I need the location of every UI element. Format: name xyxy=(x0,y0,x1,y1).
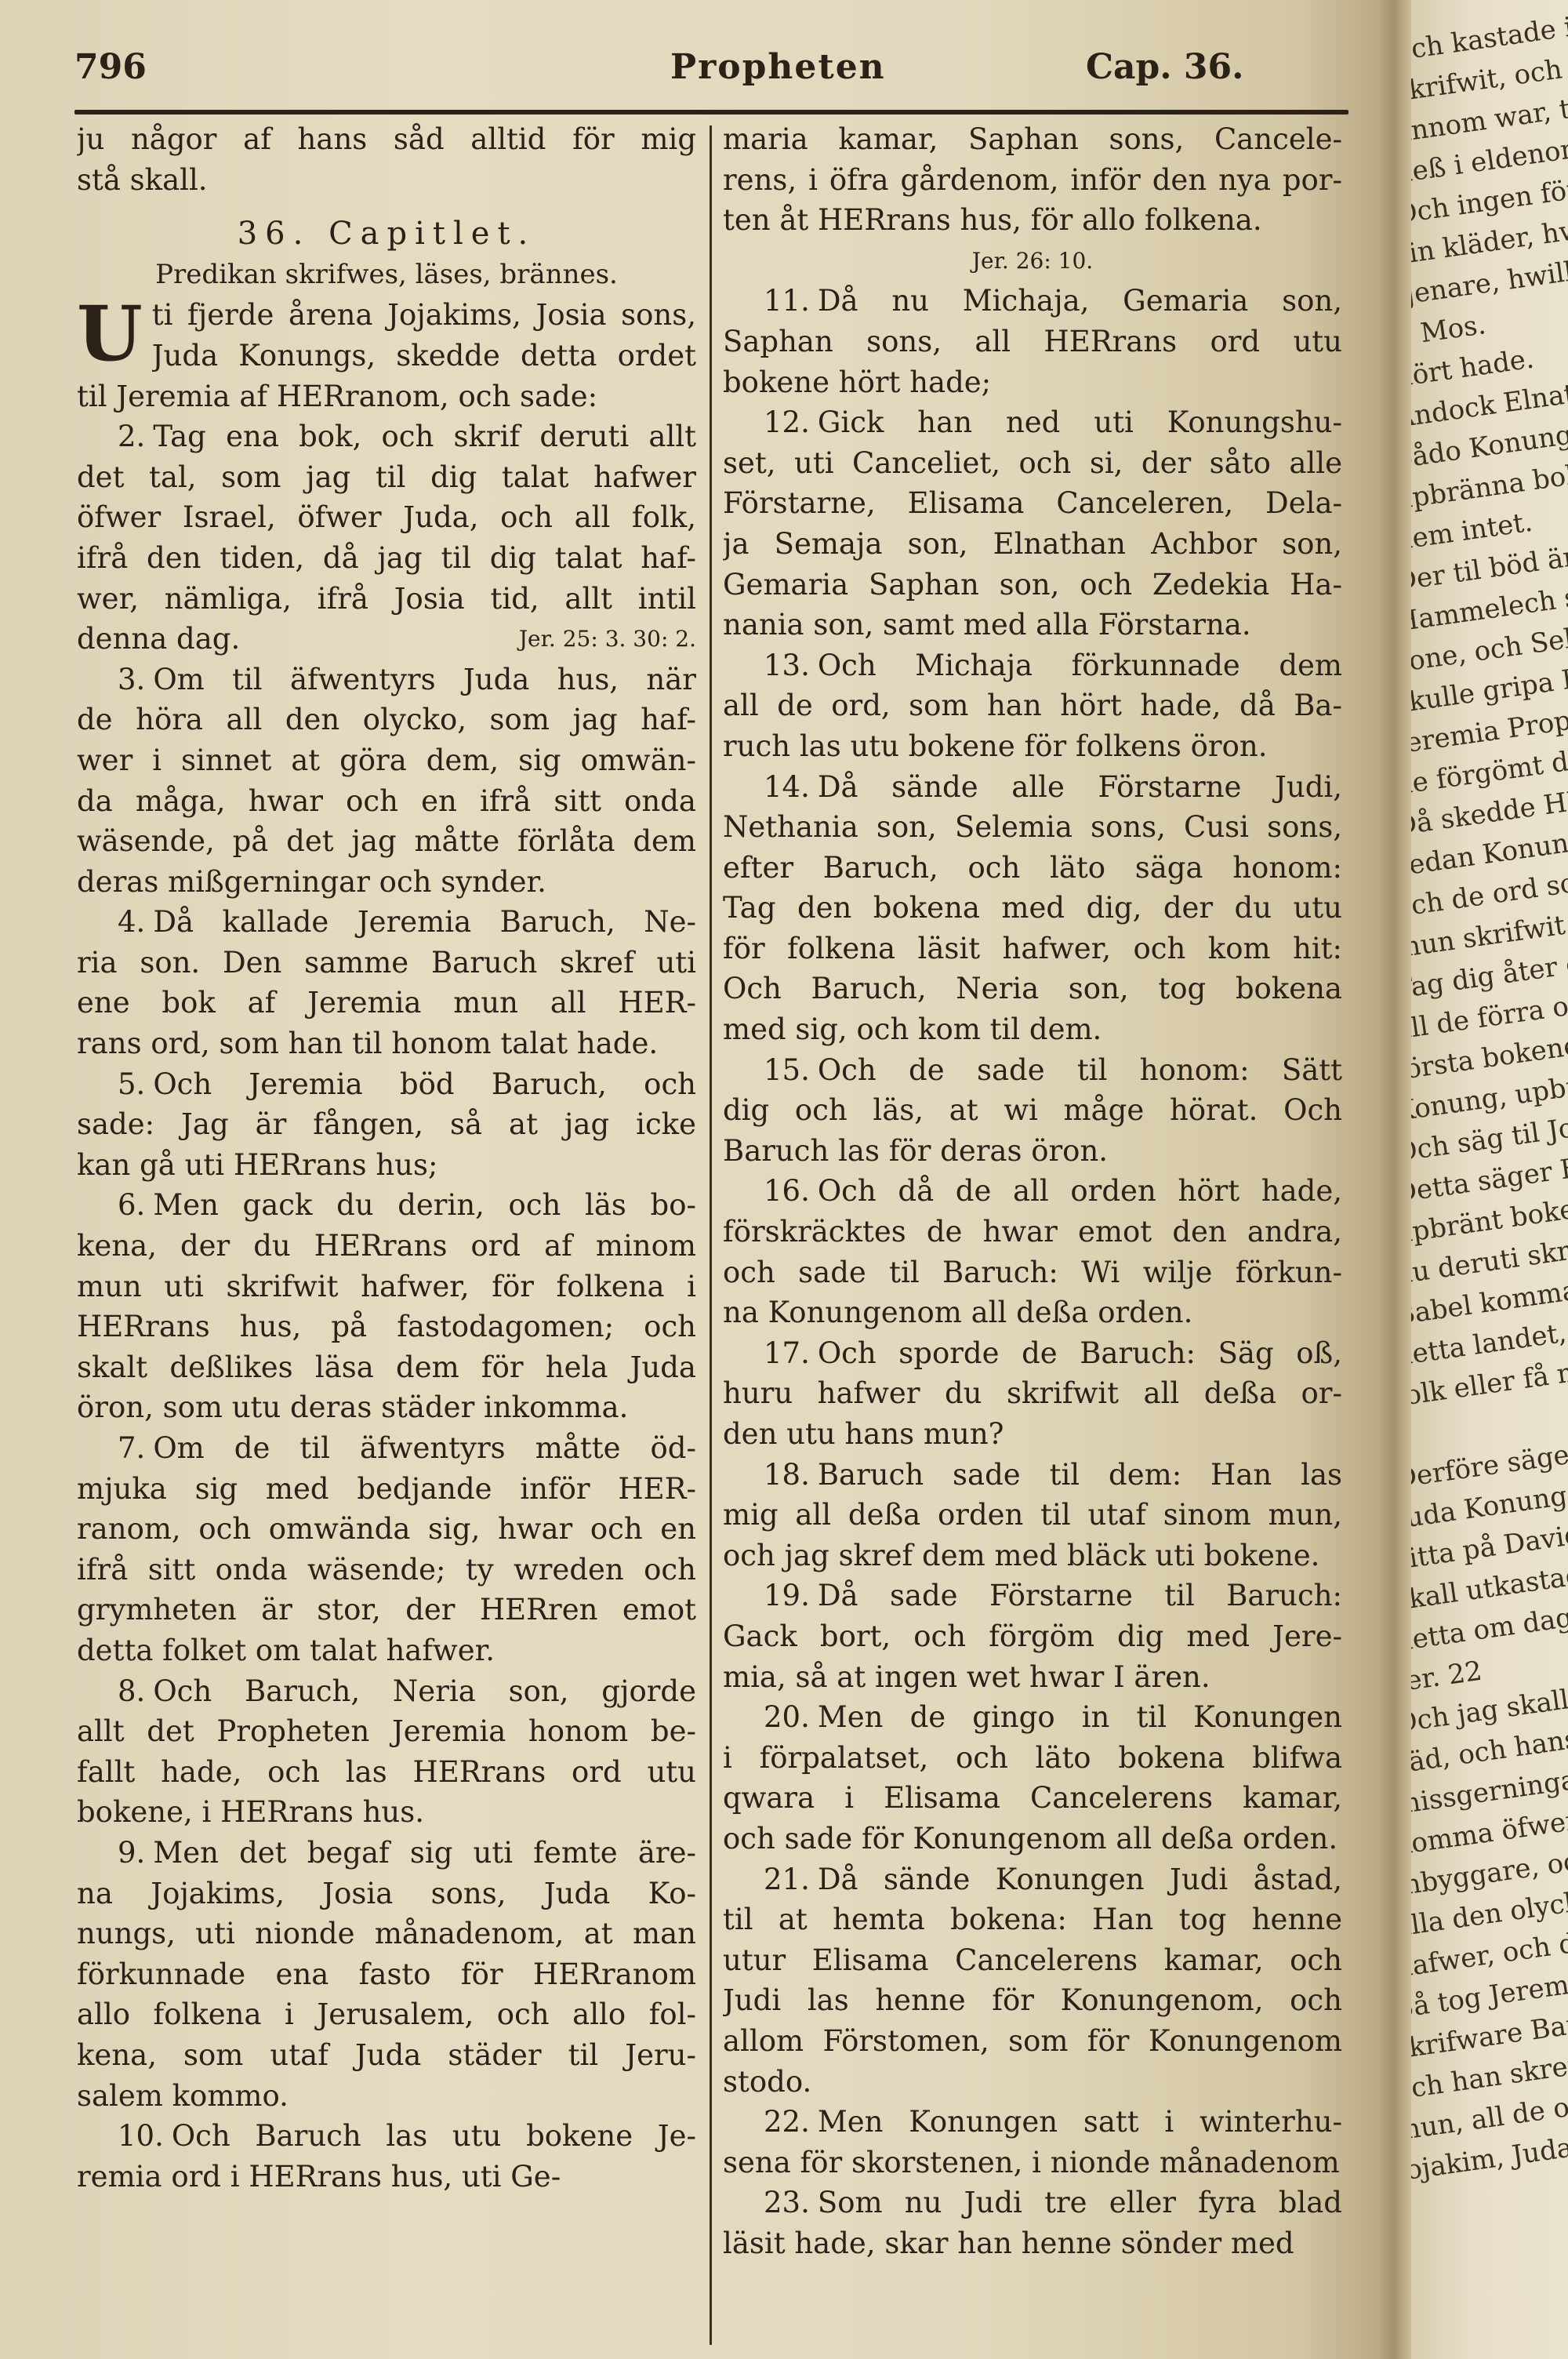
column-divider xyxy=(710,125,712,2345)
verse-text: Men gack du derin, och läs bo- xyxy=(153,1188,696,1222)
verse-text: Och Baruch las utu bokene Je- xyxy=(172,2119,696,2153)
verse-line: 6.Men gack du derin, och läs bo- xyxy=(77,1185,696,1226)
verse-line: til at hemta bokena: Han tog henne xyxy=(723,1899,1342,1940)
verse-text: och sade til Baruch: Wi wilje förkun- xyxy=(723,1256,1342,1289)
verse-line: 17.Och sporde de Baruch: Säg oß, xyxy=(723,1333,1342,1374)
verse-line: för folkena läsit hafwer, och kom hit: xyxy=(723,929,1342,969)
verse-number: 22. xyxy=(764,2105,810,2139)
verse-text: na Jojakims, Josia sons, Juda Ko- xyxy=(77,1877,696,1910)
verse-line: kan gå uti HERrans hus; xyxy=(77,1145,696,1186)
verse-number: 6. xyxy=(118,1188,145,1222)
verse-text: skalt deßlikes läsa dem för hela Juda xyxy=(77,1350,696,1384)
verse-text: qwara i Elisama Cancelerens kamar, xyxy=(723,1781,1342,1815)
verse-line: efter Baruch, och läto säga honom: xyxy=(723,848,1342,889)
verse-text: mjuka sig med bedjande inför HER- xyxy=(77,1472,696,1506)
verse-line: dig och läs, at wi måge hörat. Och xyxy=(723,1090,1342,1131)
verse-text: för folkena läsit hafwer, och kom hit: xyxy=(723,932,1342,965)
left-column: ju någor af hans såd alltid för migstå s… xyxy=(77,119,696,2197)
verse-line: 4.Då kallade Jeremia Baruch, Ne- xyxy=(77,902,696,943)
verse-number: 15. xyxy=(764,1053,810,1087)
verse-line: de höra all den olycko, som jag haf- xyxy=(77,700,696,740)
chapter-summary: Predikan skrifwes, läses, brännes. xyxy=(77,255,696,296)
verse-line: skalt deßlikes läsa dem för hela Juda xyxy=(77,1347,696,1388)
verse-line: huru hafwer du skrifwit all deßa or- xyxy=(723,1373,1342,1414)
verse-number: 18. xyxy=(764,1458,810,1492)
verse-line: Nethania son, Selemia sons, Cusi sons, xyxy=(723,807,1342,848)
verse-text: Och Jeremia böd Baruch, och xyxy=(153,1067,696,1101)
verse-text: fallt hade, och las HERrans ord utu xyxy=(77,1755,696,1789)
verse-text: ifrå sitt onda wäsende; ty wreden och xyxy=(77,1553,696,1587)
verse-text: och sade för Konungenom all deßa orden. xyxy=(723,1822,1338,1856)
verse-line: fallt hade, och las HERrans ord utu xyxy=(77,1752,696,1793)
book-spread: 796 Propheten Cap. 36. ju någor af hans … xyxy=(0,0,1568,2359)
verse-text: dig och läs, at wi måge hörat. Och xyxy=(723,1093,1342,1127)
verse-line: ifrå sitt onda wäsende; ty wreden och xyxy=(77,1550,696,1590)
verse-line: 19.Då sade Förstarne til Baruch: xyxy=(723,1576,1342,1616)
chapter-heading: 36. Capitlet. xyxy=(77,214,696,255)
verse-text: huru hafwer du skrifwit all deßa or- xyxy=(723,1376,1342,1410)
verse-line: Tag den bokena med dig, der du utu xyxy=(723,888,1342,929)
verse-text: den utu hans mun? xyxy=(723,1417,1004,1451)
verse-line: 16.Och då de all orden hört hade, xyxy=(723,1171,1342,1212)
verse-line: remia ord i HERrans hus, uti Ge- xyxy=(77,2157,696,2197)
verse-text: Då sände alle Förstarne Judi, xyxy=(818,770,1342,804)
verse-line: salem kommo. xyxy=(77,2076,696,2117)
verse-text: rans ord, som han til honom talat hade. xyxy=(77,1027,658,1060)
continuation-line: stå skall. xyxy=(77,160,696,201)
book-gutter xyxy=(1380,0,1411,2359)
verse-text: läsit hade, skar han henne sönder med xyxy=(723,2226,1294,2260)
verse-text: sade: Jag är fången, så at jag icke xyxy=(77,1107,696,1141)
verse-text: Och Baruch, Neria son, gjorde xyxy=(153,1674,696,1708)
verse-line: 9.Men det begaf sig uti femte äre- xyxy=(77,1833,696,1874)
verse-text: Om de til äfwentyrs måtte öd- xyxy=(153,1431,696,1465)
verse-line: läsit hade, skar han henne sönder med xyxy=(723,2223,1342,2264)
next-page-edge: och kastade iskrifwit, och fastadeannom … xyxy=(1411,0,1568,2359)
verse-number: 19. xyxy=(764,1579,810,1612)
verse-number: 14. xyxy=(764,770,810,804)
verse-line: rans ord, som han til honom talat hade. xyxy=(77,1023,696,1064)
verse-text: set, uti Canceliet, och si, der såto all… xyxy=(723,446,1342,480)
continuation-line: rens, i öfra gårdenom, inför den nya por… xyxy=(723,160,1342,201)
running-header: 796 Propheten Cap. 36. xyxy=(74,43,1348,98)
verse-text: Och Michaja förkunnade dem xyxy=(818,649,1342,682)
verse-text: efter Baruch, och läto säga honom: xyxy=(723,851,1342,885)
verse-text: utur Elisama Cancelerens kamar, och xyxy=(723,1943,1342,1977)
verse-line: 2.Tag ena bok, och skrif deruti allt xyxy=(77,416,696,457)
verse-line: med sig, och kom til dem. xyxy=(723,1009,1342,1050)
verse-line: 23.Som nu Judi tre eller fyra blad xyxy=(723,2183,1342,2223)
verse-text: bokene hört hade; xyxy=(723,365,991,399)
verse-line: och sade til Baruch: Wi wilje förkun- xyxy=(723,1252,1342,1293)
verse-line: ruch las utu bokene för folkens öron. xyxy=(723,726,1342,767)
verse-line: ria son. Den samme Baruch skref uti xyxy=(77,943,696,983)
verse-line: mjuka sig med bedjande inför HER- xyxy=(77,1469,696,1510)
verse-line: set, uti Canceliet, och si, der såto all… xyxy=(723,443,1342,484)
header-rule xyxy=(74,110,1348,114)
next-page-text: och kastade iskrifwit, och fastadeannom … xyxy=(1411,0,1568,2193)
verse-text: sena för skorstenen, i nionde månadenom. xyxy=(723,2146,1342,2179)
verse-line: wäsende, på det jag måtte förlåta dem xyxy=(77,821,696,862)
verse-text: allt det Propheten Jeremia honom be- xyxy=(77,1714,696,1748)
verse-line: stodo. xyxy=(723,2062,1342,2103)
running-title: Propheten xyxy=(670,47,886,87)
verse-line: all de ord, som han hört hade, då Ba- xyxy=(723,685,1342,726)
verse-text: remia ord i HERrans hus, uti Ge- xyxy=(77,2160,561,2194)
verse-text: HERrans hus, på fastodagomen; och xyxy=(77,1310,696,1343)
verse-text: deras mißgerningar och synder. xyxy=(77,865,546,899)
verse-line: 21.Då sände Konungen Judi åstad, xyxy=(723,1859,1342,1900)
verse-line: kena, som utaf Juda städer til Jeru- xyxy=(77,2035,696,2076)
verse-line: i förpalatset, och läto bokena blifwa xyxy=(723,1738,1342,1779)
verse-line: detta folket om talat hafwer. xyxy=(77,1630,696,1671)
verse-text: Tag ena bok, och skrif deruti allt xyxy=(153,420,696,453)
verse-text: Men de gingo in til Konungen xyxy=(818,1700,1342,1734)
verse-number: 2. xyxy=(118,420,145,453)
verse-line: 12.Gick han ned uti Konungshu- xyxy=(723,402,1342,443)
verse-line: da måga, hwar och en ifrå sitt onda xyxy=(77,781,696,822)
verse-line: det tal, som jag til dig talat hafwer xyxy=(77,457,696,498)
verse-line: til Jeremia af HERranom, och sade: xyxy=(77,376,696,417)
verse-text: allo folkena i Jerusalem, och allo fol- xyxy=(77,1997,696,2031)
continuation-line: ju någor af hans såd alltid för mig xyxy=(77,119,696,160)
verse-number: 4. xyxy=(118,905,145,939)
page-796: 796 Propheten Cap. 36. ju någor af hans … xyxy=(0,0,1380,2359)
verse-text: Om til äfwentyrs Juda hus, när xyxy=(153,663,696,696)
verse-line: Förstarne, Elisama Canceleren, Dela- xyxy=(723,483,1342,524)
verse-text: Då sade Förstarne til Baruch: xyxy=(818,1579,1342,1612)
verse-number: 20. xyxy=(764,1700,810,1734)
verse-line: HERrans hus, på fastodagomen; och xyxy=(77,1307,696,1347)
verse-text: na Konungenom all deßa orden. xyxy=(723,1296,1192,1329)
verse-text: Och Baruch, Neria son, tog bokena xyxy=(723,972,1342,1005)
verse-number: 16. xyxy=(764,1174,810,1208)
verse-line: öfwer Israel, öfwer Juda, och all folk, xyxy=(77,497,696,538)
verse-line: förskräcktes de hwar emot den andra, xyxy=(723,1212,1342,1252)
chapter-label: Cap. 36. xyxy=(1086,47,1243,87)
verse-text: nungs, uti nionde månadenom, at man xyxy=(77,1917,696,1950)
verse-text: de höra all den olycko, som jag haf- xyxy=(77,703,696,736)
verse-line: 10.Och Baruch las utu bokene Je- xyxy=(77,2116,696,2157)
verse-line: allt det Propheten Jeremia honom be- xyxy=(77,1711,696,1752)
verse-text: salem kommo. xyxy=(77,2079,289,2113)
verse-number: 17. xyxy=(764,1336,810,1370)
verse-line: 18.Baruch sade til dem: Han las xyxy=(723,1455,1342,1496)
verse-line: ti fjerde årena Jojakims, Josia sons, xyxy=(152,295,696,336)
verse-text: Baruch las för deras öron. xyxy=(723,1134,1108,1168)
verse-text: Judi las henne för Konungenom, och xyxy=(723,1983,1342,2017)
verse-line: 8.Och Baruch, Neria son, gjorde xyxy=(77,1671,696,1712)
verse-number: 12. xyxy=(764,405,810,439)
verse-text: detta folket om talat hafwer. xyxy=(77,1634,495,1667)
verse-line: ifrå den tiden, då jag til dig talat haf… xyxy=(77,538,696,579)
verse-line: och jag skref dem med bläck uti bokene. xyxy=(723,1536,1342,1576)
verse-number: 23. xyxy=(764,2186,810,2219)
verse-text: ifrå den tiden, då jag til dig talat haf… xyxy=(77,541,696,575)
verse-text: nania son, samt med alla Förstarna. xyxy=(723,608,1251,642)
verse-line: 15.Och de sade til honom: Sätt xyxy=(723,1050,1342,1091)
verse-number: 11. xyxy=(764,284,810,318)
verse-line: 13.Och Michaja förkunnade dem xyxy=(723,645,1342,686)
verse-text: Gack bort, och förgöm dig med Jere- xyxy=(723,1619,1342,1653)
verse-line: mun uti skrifwit hafwer, för folkena i xyxy=(77,1267,696,1307)
verse-text: Tag den bokena med dig, der du utu xyxy=(723,891,1342,925)
continuation-line: maria kamar, Saphan sons, Cancele- xyxy=(723,119,1342,160)
verse-text: Och de sade til honom: Sätt xyxy=(818,1053,1342,1087)
verse-text: Och då de all orden hört hade, xyxy=(818,1174,1342,1208)
verse-text: i förpalatset, och läto bokena blifwa xyxy=(723,1741,1342,1775)
verse-line: Juda Konungs, skedde detta ordet xyxy=(152,336,696,376)
verse-line: na Jojakims, Josia sons, Juda Ko- xyxy=(77,1874,696,1914)
verse-line: na Konungenom all deßa orden. xyxy=(723,1292,1342,1333)
verse-line: Gack bort, och förgöm dig med Jere- xyxy=(723,1616,1342,1657)
verse-text: Och sporde de Baruch: Säg oß, xyxy=(818,1336,1342,1370)
verse-line: qwara i Elisama Cancelerens kamar, xyxy=(723,1778,1342,1819)
verse-line: ranom, och omwända sig, hwar och en xyxy=(77,1509,696,1550)
verse-text: ria son. Den samme Baruch skref uti xyxy=(77,946,696,980)
verse-line: Baruch las för deras öron. xyxy=(723,1131,1342,1172)
verse-text: det tal, som jag til dig talat hafwer xyxy=(77,460,696,494)
verse-text: kena, som utaf Juda städer til Jeru- xyxy=(77,2038,696,2072)
verse-text: Förstarne, Elisama Canceleren, Dela- xyxy=(723,486,1342,520)
verse-line: 20.Men de gingo in til Konungen xyxy=(723,1697,1342,1738)
cross-reference: Jer. 25: 3. 30: 2. xyxy=(519,619,696,660)
verse-text: kan gå uti HERrans hus; xyxy=(77,1148,437,1182)
verse-line: och sade för Konungenom all deßa orden. xyxy=(723,1819,1342,1859)
verse-line: den utu hans mun? xyxy=(723,1414,1342,1455)
verse-line: wer, nämliga, ifrå Josia tid, allt intil xyxy=(77,579,696,620)
verse-text: Saphan sons, all HERrans ord utu xyxy=(723,325,1342,358)
verse-text: öron, som utu deras städer inkomma. xyxy=(77,1390,628,1424)
verse-text: til at hemta bokena: Han tog henne xyxy=(723,1903,1342,1936)
verse-text: ranom, och omwända sig, hwar och en xyxy=(77,1512,696,1546)
spacer xyxy=(77,200,696,214)
verse-line: nania son, samt med alla Förstarna. xyxy=(723,605,1342,645)
verse-text: med sig, och kom til dem. xyxy=(723,1012,1102,1046)
verse-number: 8. xyxy=(118,1674,145,1708)
verse-text: ene bok af Jeremia mun all HER- xyxy=(77,986,696,1020)
verse-line: förkunnade ena fasto för HERranom xyxy=(77,1954,696,1995)
verse-text: da måga, hwar och en ifrå sitt onda xyxy=(77,784,696,818)
verse-text: Gick han ned uti Konungshu- xyxy=(818,405,1342,439)
verse-text: och jag skref dem med bläck uti bokene. xyxy=(723,1539,1319,1572)
verse-text: mun uti skrifwit hafwer, för folkena i xyxy=(77,1270,696,1303)
verse-text: Nethania son, Selemia sons, Cusi sons, xyxy=(723,810,1342,844)
verse-line: 7.Om de til äfwentyrs måtte öd- xyxy=(77,1428,696,1469)
verse-1: Uti fjerde årena Jojakims, Josia sons,Ju… xyxy=(77,295,696,416)
verse-text: Då kallade Jeremia Baruch, Ne- xyxy=(153,905,696,939)
verse-text: wäsende, på det jag måtte förlåta dem xyxy=(77,824,696,858)
verse-number: 7. xyxy=(118,1431,145,1465)
verse-number: 13. xyxy=(764,649,810,682)
verse-text: ruch las utu bokene för folkens öron. xyxy=(723,729,1267,763)
verse-text: grymheten är stor, der HERren emot xyxy=(77,1593,696,1627)
verse-text: förkunnade ena fasto för HERranom xyxy=(77,1957,696,1991)
verse-line: mig all deßa orden til utaf sinom mun, xyxy=(723,1495,1342,1536)
verse-line: 3.Om til äfwentyrs Juda hus, när xyxy=(77,660,696,700)
verse-text: Då sände Konungen Judi åstad, xyxy=(818,1863,1342,1896)
verse-line: Och Baruch, Neria son, tog bokena xyxy=(723,969,1342,1009)
verse-text: öfwer Israel, öfwer Juda, och all folk, xyxy=(77,500,696,534)
verse-line: Gemaria Saphan son, och Zedekia Ha- xyxy=(723,565,1342,605)
verse-text: förskräcktes de hwar emot den andra, xyxy=(723,1215,1342,1249)
verse-text: ja Semaja son, Elnathan Achbor son, xyxy=(723,527,1342,561)
continuation-line: ten åt HERrans hus, för allo folkena. xyxy=(723,200,1342,241)
verse-line: 5.Och Jeremia böd Baruch, och xyxy=(77,1064,696,1105)
verse-text: wer i sinnet at göra dem, sig omwän- xyxy=(77,743,696,777)
verse-line: 22.Men Konungen satt i winterhu- xyxy=(723,2102,1342,2143)
verse-line: bokene hört hade; xyxy=(723,362,1342,403)
verse-text: Då nu Michaja, Gemaria son, xyxy=(818,284,1342,318)
verse-text: Men Konungen satt i winterhu- xyxy=(818,2105,1342,2139)
right-column: maria kamar, Saphan sons, Cancele-rens, … xyxy=(723,119,1342,2263)
verse-text: Gemaria Saphan son, och Zedekia Ha- xyxy=(723,568,1342,602)
verse-number: 21. xyxy=(764,1863,810,1896)
verse-text: mig all deßa orden til utaf sinom mun, xyxy=(723,1498,1342,1532)
cross-reference: Jer. 26: 10. xyxy=(723,241,1342,282)
verse-line: mia, så at ingen wet hwar I ären. xyxy=(723,1657,1342,1698)
verse-line: grymheten är stor, der HERren emot xyxy=(77,1590,696,1630)
verse-number: 5. xyxy=(118,1067,145,1101)
verse-line: kena, der du HERrans ord af minom xyxy=(77,1226,696,1267)
verse-text: Men det begaf sig uti femte äre- xyxy=(153,1836,696,1870)
verse-line: Judi las henne för Konungenom, och xyxy=(723,1980,1342,2021)
drop-cap: U xyxy=(77,296,143,375)
verse-text: denna dag. xyxy=(77,622,240,656)
verse-number: 10. xyxy=(118,2119,164,2153)
verse-text: all de ord, som han hört hade, då Ba- xyxy=(723,689,1342,722)
verse-line: 14.Då sände alle Förstarne Judi, xyxy=(723,767,1342,808)
verse-line: sade: Jag är fången, så at jag icke xyxy=(77,1104,696,1145)
verse-text: Baruch sade til dem: Han las xyxy=(818,1458,1342,1492)
verse-line: sena för skorstenen, i nionde månadenom. xyxy=(723,2143,1342,2183)
verse-text: stodo. xyxy=(723,2065,811,2099)
verse-line: bokene, i HERrans hus. xyxy=(77,1792,696,1833)
verse-line: nungs, uti nionde månadenom, at man xyxy=(77,1914,696,1954)
verse-line: Saphan sons, all HERrans ord utu xyxy=(723,322,1342,362)
verse-line: denna dag.Jer. 25: 3. 30: 2. xyxy=(77,619,696,660)
page-number: 796 xyxy=(74,47,147,87)
verse-number: 9. xyxy=(118,1836,145,1870)
verse-line: deras mißgerningar och synder. xyxy=(77,862,696,903)
verse-text: wer, nämliga, ifrå Josia tid, allt intil xyxy=(77,582,696,616)
verse-line: ene bok af Jeremia mun all HER- xyxy=(77,983,696,1023)
verse-text: mia, så at ingen wet hwar I ären. xyxy=(723,1660,1210,1694)
verse-line: ja Semaja son, Elnathan Achbor son, xyxy=(723,524,1342,565)
verse-text: kena, der du HERrans ord af minom xyxy=(77,1229,696,1263)
verse-line: wer i sinnet at göra dem, sig omwän- xyxy=(77,740,696,781)
verse-line: utur Elisama Cancelerens kamar, och xyxy=(723,1940,1342,1981)
verse-text: allom Förstomen, som för Konungenom xyxy=(723,2024,1342,2058)
verse-line: allo folkena i Jerusalem, och allo fol- xyxy=(77,1994,696,2035)
verse-line: allom Förstomen, som för Konungenom xyxy=(723,2021,1342,2062)
verse-line: 11.Då nu Michaja, Gemaria son, xyxy=(723,281,1342,322)
verse-line: öron, som utu deras städer inkomma. xyxy=(77,1387,696,1428)
verse-text: bokene, i HERrans hus. xyxy=(77,1795,424,1829)
verse-text: Som nu Judi tre eller fyra blad xyxy=(818,2186,1342,2219)
verse-number: 3. xyxy=(118,663,145,696)
